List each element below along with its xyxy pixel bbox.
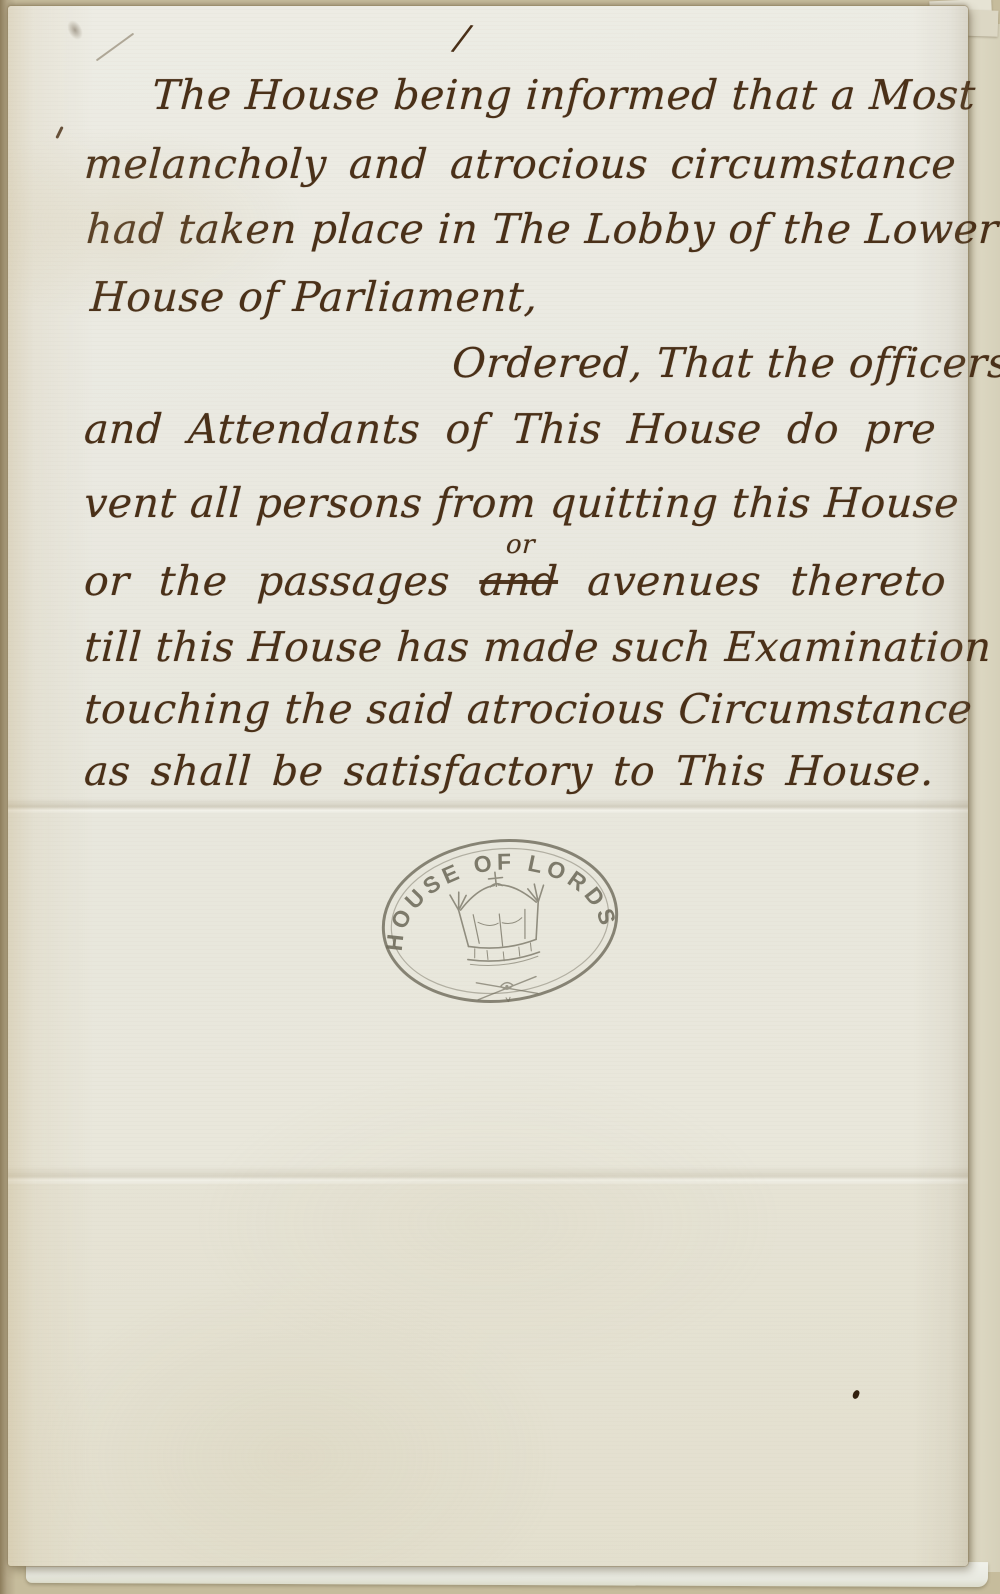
page-number-mark: / [453,17,472,59]
ink-smudge [60,13,89,46]
handwriting-line-with-correction: or the passages andor avenues thereto [82,556,947,614]
margin-tick-mark [55,126,63,139]
faint-scratch-mark [96,33,134,62]
handwriting-line: and Attendants of This House do pre [82,404,937,462]
struck-word: and [478,557,559,605]
handwriting-line: touching the said atrocious Circumstance [82,684,957,742]
stamp-text: HOUSE OF LORDS [374,836,623,955]
ink-dot [852,1389,860,1399]
handwriting-line: as shall be satisfactory to This House. [82,746,935,804]
struck-word-wrap: andor [478,556,559,607]
handwriting-line: The House being informed that a Most [150,70,953,128]
handwriting-line: melancholy and atrocious circumstance [82,139,957,197]
line-segment: avenues thereto [557,557,948,605]
handwriting-line: till this House has made such Examinatio… [82,622,951,680]
scanned-manuscript-photo: { "document": { "page_mark": "/", "lines… [0,0,1000,1594]
inserted-word-above: or [505,532,535,558]
handwriting-line: Ordered, That the officers [450,338,945,396]
handwriting-line: House of Parliament, [88,272,511,330]
line-segment: or the passages [83,557,481,605]
handwriting-line: vent all persons from quitting this Hous… [82,478,941,536]
handwriting-line: had taken place in The Lobby of the Lowe… [84,204,963,262]
crown-icon [448,867,551,969]
manuscript-page: / The House being informed that a Most m… [8,6,968,1566]
house-of-lords-stamp: HOUSE OF LORDS [374,824,626,1016]
lower-page-shading [8,1184,968,1566]
paper-fold-crease [8,1166,968,1184]
